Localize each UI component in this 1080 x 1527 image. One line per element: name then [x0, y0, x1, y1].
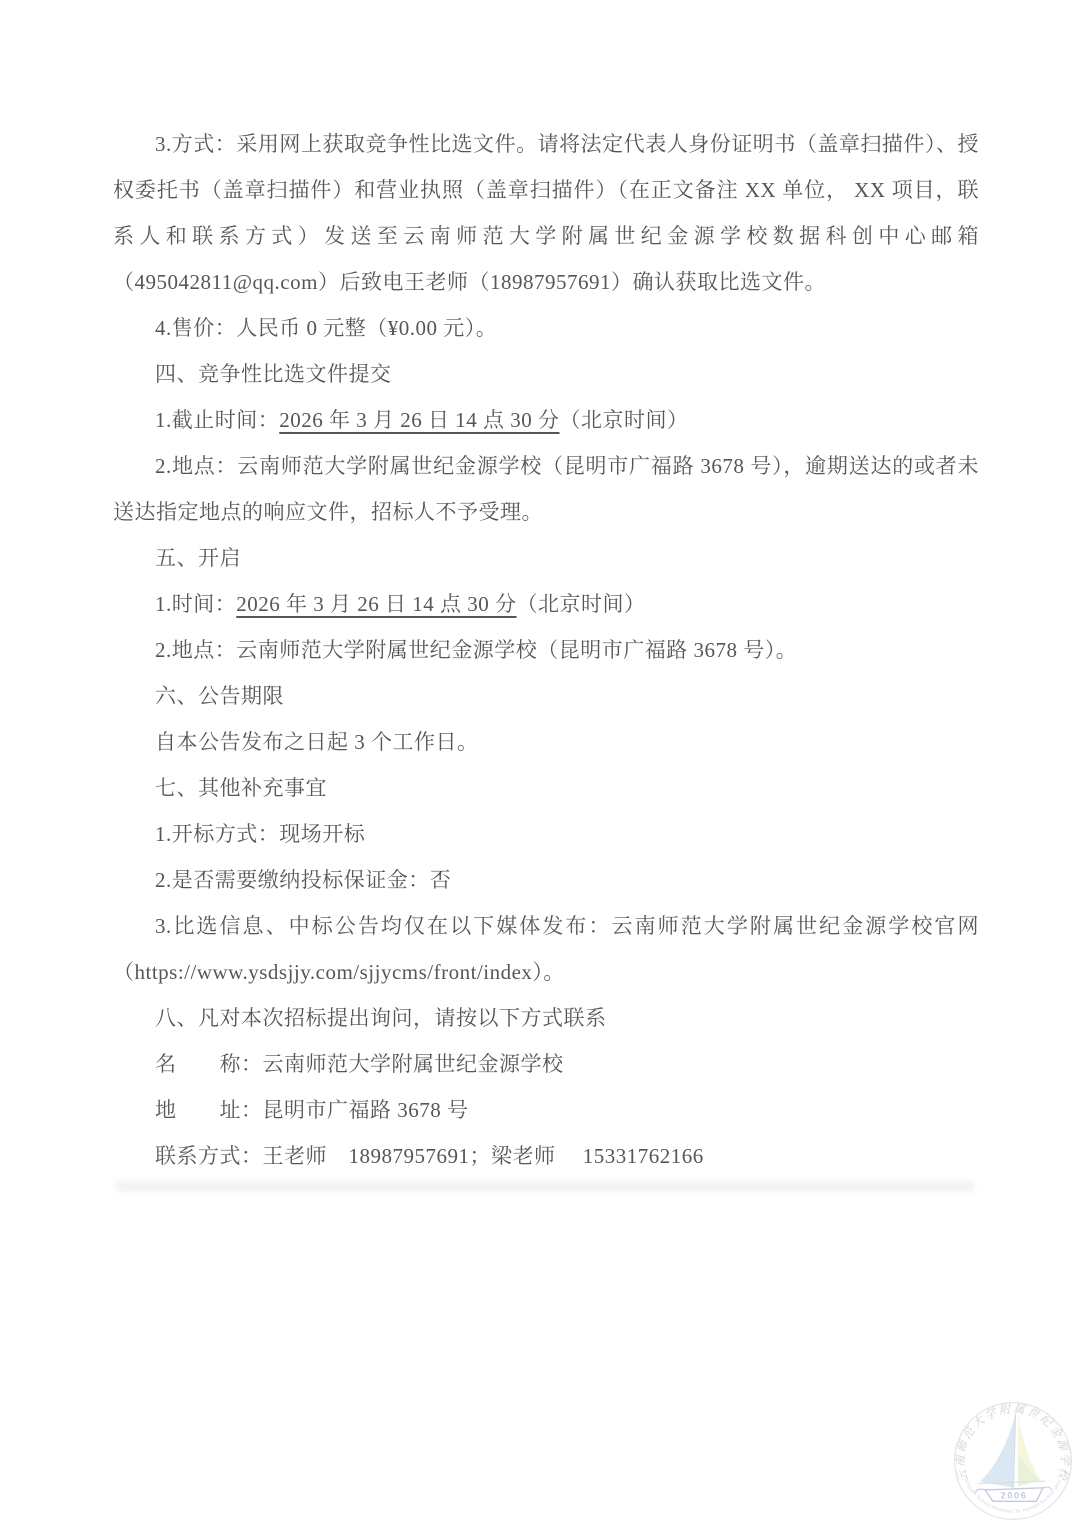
- scan-ghosting-artifact: [115, 1180, 975, 1192]
- heading-contact: 八、凡对本次招标提出询问，请按以下方式联系: [113, 995, 979, 1041]
- heading-submission: 四、竞争性比选文件提交: [113, 351, 979, 397]
- school-seal-logo-icon: 云南师范大学附属世纪金源学校 Shiji Jinyuan School Atta…: [951, 1399, 1075, 1523]
- opening-date-underlined: 2026 年 3 月 26 日 14 点 30 分: [236, 592, 516, 616]
- para-bid-opening-method: 1.开标方式：现场开标: [113, 811, 979, 857]
- para-opening-location: 2.地点：云南师范大学附属世纪金源学校（昆明市广福路 3678 号）。: [113, 627, 979, 673]
- para-deadline-timezone: （北京时间）: [560, 408, 689, 432]
- para-opening-time: 1.时间：2026 年 3 月 26 日 14 点 30 分（北京时间）: [113, 581, 979, 627]
- scanned-document-page: 3.方式：采用网上获取竞争性比选文件。请将法定代表人身份证明书（盖章扫描件）、授…: [0, 0, 1080, 1527]
- para-deadline-label: 1.截止时间：: [155, 408, 279, 432]
- para-obtain-method: 3.方式：采用网上获取竞争性比选文件。请将法定代表人身份证明书（盖章扫描件）、授…: [113, 121, 979, 305]
- para-opening-timezone: （北京时间）: [517, 592, 646, 616]
- para-bid-bond: 2.是否需要缴纳投标保证金：否: [113, 857, 979, 903]
- seal-year-text: 2006: [1001, 1491, 1028, 1501]
- para-price: 4.售价：人民币 0 元整（¥0.00 元）。: [113, 305, 979, 351]
- deadline-date-underlined: 2026 年 3 月 26 日 14 点 30 分: [279, 408, 559, 432]
- para-opening-time-label: 1.时间：: [155, 592, 236, 616]
- para-org-address: 地 址：昆明市广福路 3678 号: [113, 1087, 979, 1133]
- para-submission-location: 2.地点：云南师范大学附属世纪金源学校（昆明市广福路 3678 号），逾期送达的…: [113, 443, 979, 535]
- heading-announcement-period: 六、公告期限: [113, 673, 979, 719]
- para-deadline: 1.截止时间：2026 年 3 月 26 日 14 点 30 分（北京时间）: [113, 397, 979, 443]
- sailboat-icon: 2006: [975, 1413, 1051, 1501]
- para-media-publish: 3.比选信息、中标公告均仅在以下媒体发布：云南师范大学附属世纪金源学校官网（ht…: [113, 903, 979, 995]
- heading-opening: 五、开启: [113, 535, 979, 581]
- para-announcement-period: 自本公告发布之日起 3 个工作日。: [113, 719, 979, 765]
- heading-other-matters: 七、其他补充事宜: [113, 765, 979, 811]
- school-seal-watermark: 云南师范大学附属世纪金源学校 Shiji Jinyuan School Atta…: [951, 1399, 1075, 1523]
- para-contact-phones: 联系方式：王老师 18987957691；梁老师 15331762166: [113, 1133, 979, 1179]
- document-body: 3.方式：采用网上获取竞争性比选文件。请将法定代表人身份证明书（盖章扫描件）、授…: [113, 121, 979, 1179]
- para-org-name: 名 称：云南师范大学附属世纪金源学校: [113, 1041, 979, 1087]
